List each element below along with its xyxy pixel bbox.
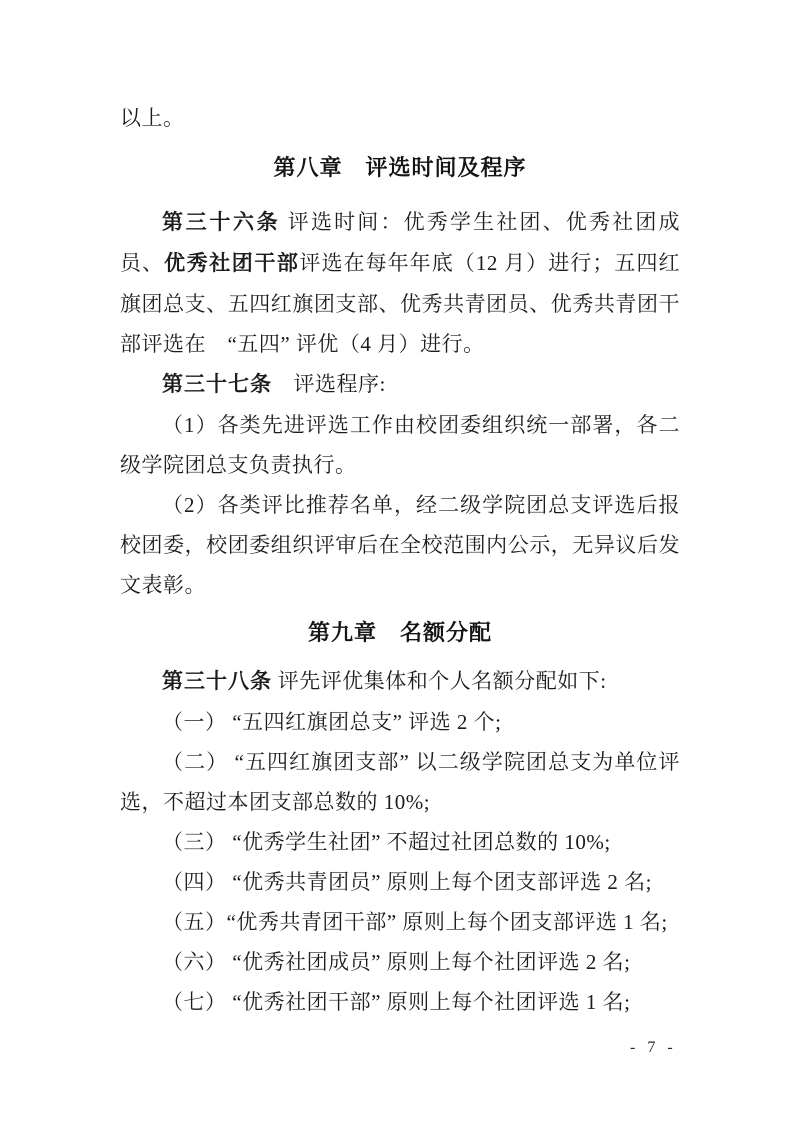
quota-item-2: （二） “五四红旗团支部” 以二级学院团总支为单位评选，不超过本团支部总数的 1…: [120, 742, 680, 822]
document-page: 以上。 第八章 评选时间及程序 第三十六条 评选时间：优秀学生社团、优秀社团成员…: [0, 0, 793, 1122]
quota-item-5: （五）“优秀共青团干部” 原则上每个团支部评选 1 名;: [120, 902, 680, 942]
quota-item-4: （四） “优秀共青团员” 原则上每个团支部评选 2 名;: [120, 862, 680, 902]
quota-item-6: （六） “优秀社团成员” 原则上每个社团评选 2 名;: [120, 942, 680, 982]
article-38-paragraph: 第三十八条 评先评优集体和个人名额分配如下:: [120, 661, 680, 702]
article-37-item-2: （2）各类评比推荐名单，经二级学院团总支评选后报校团委，校团委组织评审后在全校范…: [120, 485, 680, 605]
article-37-label: 第三十七条: [162, 373, 272, 396]
chapter-8-heading: 第八章 评选时间及程序: [120, 148, 680, 188]
article-36-paragraph: 第三十六条 评选时间：优秀学生社团、优秀社团成员、优秀社团干部评选在每年年底（1…: [120, 202, 680, 364]
quota-item-3: （三） “优秀学生社团” 不超过社团总数的 10%;: [120, 822, 680, 862]
quota-item-1: （一） “五四红旗团总支” 评选 2 个;: [120, 702, 680, 742]
article-38-label: 第三十八条: [162, 670, 272, 693]
page-number: - 7 -: [630, 1036, 677, 1060]
quota-item-7: （七） “优秀社团干部” 原则上每个社团评选 1 名;: [120, 982, 680, 1022]
carryover-text: 以上。: [120, 98, 680, 138]
article-36-label: 第三十六条: [162, 211, 280, 234]
article-37-paragraph: 第三十七条 评选程序:: [120, 364, 680, 405]
article-36-bold-term: 优秀社团干部: [164, 252, 299, 275]
article-37-item-1: （1）各类先进评选工作由校团委组织统一部署，各二级学院团总支负责执行。: [120, 405, 680, 485]
chapter-9-heading: 第九章 名额分配: [120, 613, 680, 653]
article-37-text: 评选程序:: [272, 372, 386, 396]
article-38-text: 评先评优集体和个人名额分配如下:: [272, 669, 607, 693]
